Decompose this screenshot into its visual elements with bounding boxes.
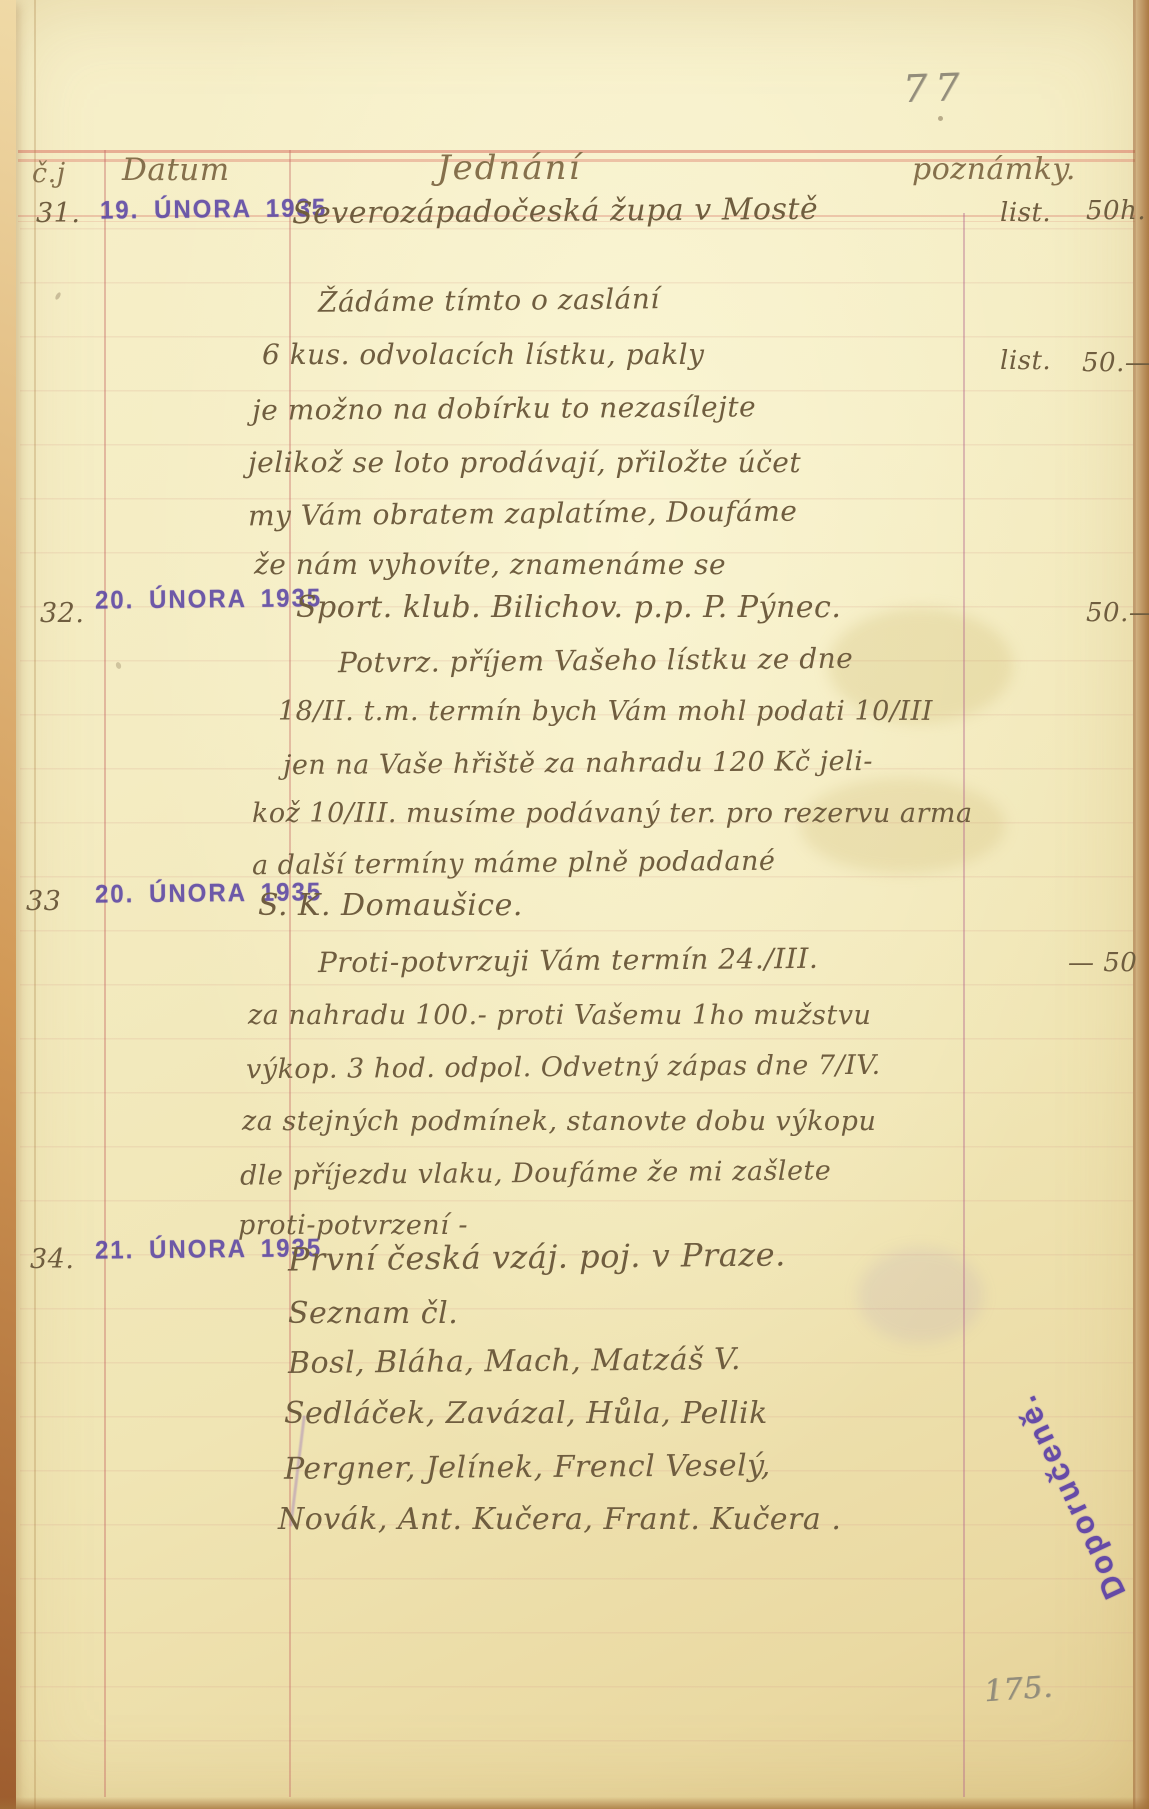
entry-line: jelikož se loto prodávají, přiložte účet (248, 446, 801, 479)
column-header-datum: Datum (122, 152, 230, 188)
page-number: 77 (902, 65, 968, 111)
entry-line: za stejných podmínek, stanovte dobu výko… (242, 1106, 876, 1137)
note-label: list. (1000, 346, 1051, 376)
entry-line: 18/II. t.m. termín bych Vám mohl podati … (278, 696, 933, 727)
entry-line: kož 10/III. musíme podávaný ter. pro rez… (252, 798, 973, 829)
entry-number: 31. (36, 198, 80, 229)
ink-speck (115, 661, 122, 669)
entry-line: Seznam čl. (288, 1296, 458, 1331)
entry-line: výkop. 3 hod. odpol. Odvetný zápas dne 7… (246, 1050, 881, 1085)
doporucene-stamp: Doporučeně. (982, 1334, 1149, 1657)
column-header-poznamky: poznámky. (912, 152, 1076, 187)
entry-line: že nám vyhovíte, znamenáme se (254, 548, 726, 581)
page-right-edge (1135, 0, 1149, 1809)
ledger-page: 77 č.j Datum Jednání poznámky. 31. 19. Ú… (0, 0, 1149, 1809)
column-header-cj: č.j (32, 158, 66, 189)
bleedthrough-mark (858, 1248, 983, 1343)
entry-line: Žádáme tímto o zaslání (318, 282, 660, 319)
note-value: 50.— (1086, 598, 1149, 628)
note-value: 50h. (1086, 196, 1146, 226)
entry-line: 6 kus. odvolacích lístku, pakly (262, 338, 704, 371)
entry-line: dle příjezdu vlaku, Doufáme že mi zašlet… (240, 1155, 832, 1191)
entry-title: S. K. Domaušice. (258, 888, 523, 923)
entry-title: Sport. klub. Bilichov. p.p. P. Pýnec. (296, 590, 841, 625)
entry-line: my Vám obratem zaplatíme, Doufáme (248, 495, 798, 533)
entry-line: Novák, Ant. Kučera, Frant. Kučera . (278, 1502, 841, 1537)
column-rule-1 (104, 150, 106, 1797)
column-header-jednani: Jednání (437, 148, 581, 188)
entry-line: Sedláček, Zavázal, Hůla, Pellik (284, 1396, 768, 1431)
entry-line: Proti-potvrzuji Vám termín 24./III. (318, 942, 819, 979)
footer-number: 175. (983, 1670, 1054, 1710)
ink-speck (938, 116, 943, 121)
entry-number: 33 (26, 886, 61, 917)
entry-line: je možno na dobírku to nezasílejte (252, 390, 756, 427)
ink-speck (54, 292, 61, 301)
entry-line: za nahradu 100.- proti Vašemu 1ho mužstv… (248, 1000, 871, 1031)
date-stamp: 20. ÚNORA 1935 (95, 584, 323, 616)
entry-line: Potvrz. příjem Vašeho lístku ze dne (338, 642, 854, 679)
entry-line: Pergner, Jelínek, Frencl Veselý, (284, 1448, 771, 1486)
column-rule-3 (963, 213, 965, 1797)
note-label: list. (1000, 198, 1051, 228)
entry-title: Severozápadočeská župa v Mostě (292, 192, 819, 232)
entry-number: 32. (40, 598, 84, 629)
page-bottom-edge (0, 1797, 1149, 1809)
note-value: 50.— (1082, 348, 1149, 378)
entry-line: jen na Vaše hřiště za nahradu 120 Kč jel… (283, 746, 873, 781)
binding-edge (0, 0, 16, 1809)
entry-line: Bosl, Bláha, Mach, Matzáš V. (288, 1342, 741, 1381)
entry-line: a další termíny máme plně podadané (252, 846, 776, 882)
entry-title: První česká vzáj. poj. v Praze. (288, 1235, 786, 1278)
entry-number: 34. (30, 1244, 74, 1275)
note-value: — 50 (1068, 948, 1137, 978)
